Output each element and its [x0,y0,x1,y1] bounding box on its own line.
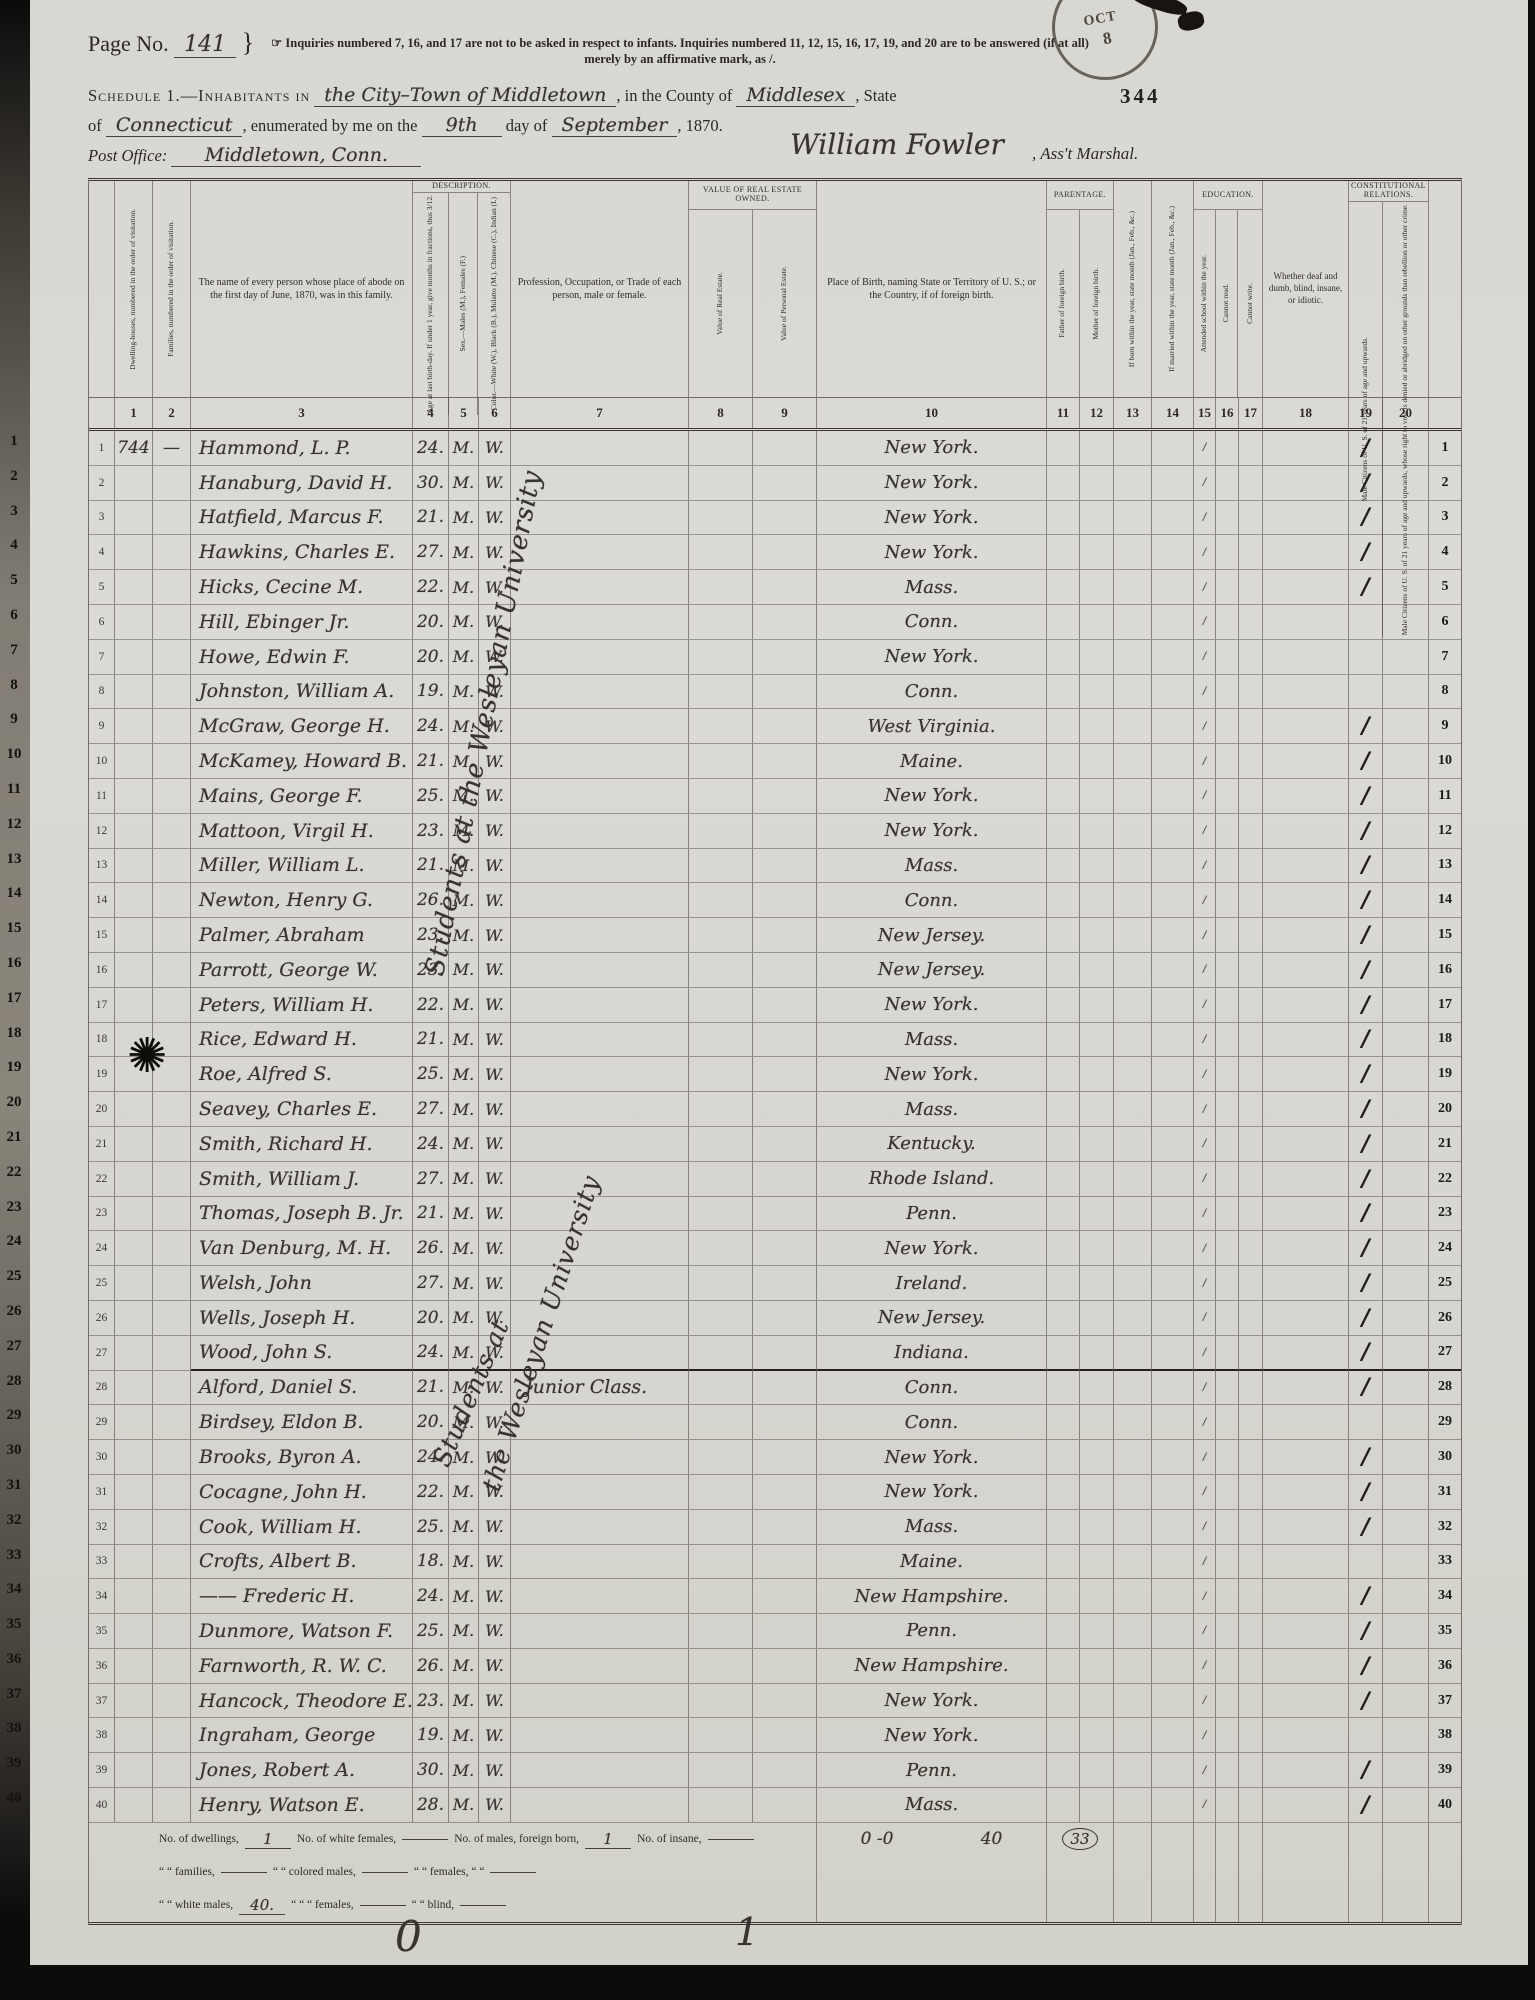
real-estate-cell [689,1405,753,1440]
dwelling-cell [115,1231,153,1266]
dwelling-cell [115,1127,153,1162]
real-estate-cell [689,849,753,884]
header-personal-estate: Value of Personal Estate. [753,210,817,397]
occupation-cell [511,1545,689,1580]
age-cell: 20. [413,1405,449,1440]
cannot-write-cell [1239,1336,1263,1371]
deaf-dumb-cell [1263,988,1349,1023]
occupation-cell [511,570,689,605]
marshal-title: , Ass't Marshal. [1032,144,1138,164]
born-month-cell [1114,1231,1152,1266]
summary-empty [1263,1856,1349,1889]
post-office-line: Post Office: Middletown, Conn. [88,144,421,167]
row-number-right: 2 [1429,466,1461,501]
deaf-dumb-cell [1263,1371,1349,1406]
deaf-dumb-cell [1263,1475,1349,1510]
sex-cell: M. [449,988,479,1023]
header-born-month-label: If born within the year, state month (Ja… [1128,209,1137,369]
deaf-dumb-cell [1263,1127,1349,1162]
married-month-cell [1152,1579,1194,1614]
header-name: The name of every person whose place of … [191,181,413,397]
real-estate-cell [689,1510,753,1545]
married-month-cell [1152,883,1194,918]
birthplace-cell: Mass. [817,570,1047,605]
census-page: Page No. 141 } ☞ Inquiries numbered 7, 1… [30,0,1528,1965]
mother-foreign-cell [1080,1475,1114,1510]
personal-estate-cell [753,1336,817,1371]
colored-males-label: “ “ colored males, [273,1866,356,1878]
dwelling-cell [115,988,153,1023]
deaf-dumb-cell [1263,744,1349,779]
page-no-label: Page No. [88,31,169,56]
margin-row-number: 9 [2,702,26,737]
blind-label: “ “ blind, [412,1899,454,1911]
birthplace-cell: Mass. [817,1092,1047,1127]
personal-estate-cell [753,570,817,605]
birthplace-cell: New York. [817,988,1047,1023]
father-foreign-cell [1047,431,1080,466]
summary-line-1: No. of dwellings, 1 No. of white females… [89,1823,1461,1856]
personal-estate-cell [753,1197,817,1232]
row-number-left: 13 [89,849,115,884]
row-number-left: 34 [89,1579,115,1614]
row-number-left: 22 [89,1162,115,1197]
colnum-14: 14 [1152,398,1194,428]
real-estate-cell [689,535,753,570]
sex-cell: M. [449,1684,479,1719]
row-number-left: 11 [89,779,115,814]
vote-denied-cell [1383,466,1429,501]
summary-text-2: “ “ families, “ “ colored males, “ “ fem… [89,1856,817,1889]
father-foreign-cell [1047,1266,1080,1301]
color-cell: W. [479,1475,511,1510]
age-cell: 21. [413,849,449,884]
summary-empty [1263,1889,1349,1922]
mother-foreign-cell [1080,1336,1114,1371]
attended-school-cell: / [1194,988,1216,1023]
cannot-write-cell [1239,988,1263,1023]
name-cell: McKamey, Howard B. [191,744,413,779]
cannot-write-cell [1239,779,1263,814]
attended-school-cell: / [1194,1405,1216,1440]
age-cell: 21. [413,1023,449,1058]
mother-foreign-cell [1080,570,1114,605]
color-cell: W. [479,988,511,1023]
colored-males-blank [362,1872,408,1873]
personal-estate-cell [753,1614,817,1649]
row-number-left: 4 [89,535,115,570]
family-cell [153,1440,191,1475]
table-row: 6 Hill, Ebinger Jr. 20. M. W. Conn. / 6 [89,605,1461,640]
born-month-cell [1114,1545,1152,1580]
real-estate-cell [689,501,753,536]
summary-empty [1239,1889,1263,1922]
color-cell: W. [479,1753,511,1788]
personal-estate-cell [753,1231,817,1266]
father-foreign-cell [1047,1510,1080,1545]
born-month-cell [1114,1127,1152,1162]
table-row: 38 Ingraham, George 19. M. W. New York. … [89,1718,1461,1753]
header-married-month-label: If married within the year, state month … [1168,204,1177,374]
mother-foreign-cell [1080,918,1114,953]
sex-cell: M. [449,1371,479,1406]
row-number-left: 15 [89,918,115,953]
vote-denied-cell [1383,1023,1429,1058]
birthplace-cell: Conn. [817,605,1047,640]
age-cell: 25. [413,1510,449,1545]
mother-foreign-cell [1080,953,1114,988]
month-value: September [562,114,668,136]
sex-cell: M. [449,1510,479,1545]
father-foreign-cell [1047,1023,1080,1058]
cannot-write-cell [1239,918,1263,953]
married-month-cell [1152,918,1194,953]
father-foreign-cell [1047,1440,1080,1475]
table-row: 1 744 — Hammond, L. P. 24. M. W. New Yor… [89,431,1461,466]
table-row: 14 Newton, Henry G. 26. M. W. Conn. / / … [89,883,1461,918]
attended-school-cell: / [1194,1718,1216,1753]
male-citizen-cell: / [1349,466,1383,501]
row-number-right: 37 [1429,1684,1461,1719]
dwelling-cell [115,535,153,570]
deaf-dumb-cell [1263,501,1349,536]
male-citizen-cell: / [1349,1753,1383,1788]
vote-denied-cell [1383,1057,1429,1092]
colnum-18: 18 [1263,398,1349,428]
name-cell: Parrott, George W. [191,953,413,988]
table-row: 2 Hanaburg, David H. 30. M. W. New York.… [89,466,1461,501]
real-estate-cell [689,1301,753,1336]
name-cell: Hill, Ebinger Jr. [191,605,413,640]
county-blank: Middlesex [736,84,855,107]
married-month-cell [1152,1266,1194,1301]
margin-row-number: 23 [2,1190,26,1225]
mother-foreign-cell [1080,883,1114,918]
married-month-cell [1152,1440,1194,1475]
deaf-dumb-cell [1263,1753,1349,1788]
cannot-read-cell [1216,1614,1239,1649]
cannot-write-cell [1239,1684,1263,1719]
dwellings-label: No. of dwellings, [159,1833,239,1845]
mother-foreign-cell [1080,1579,1114,1614]
vote-denied-cell [1383,1579,1429,1614]
row-number-left: 27 [89,1336,115,1371]
personal-estate-cell [753,1753,817,1788]
married-month-cell [1152,466,1194,501]
birthplace-cell: Conn. [817,675,1047,710]
summary-text-3: “ “ white males, 40. “ “ “ females, “ “ … [89,1889,817,1922]
header-attended-school-label: Attended school within the year. [1200,253,1209,354]
row-number-left: 25 [89,1266,115,1301]
born-month-cell [1114,779,1152,814]
margin-row-number: 1 [2,424,26,459]
attended-school-cell: / [1194,1023,1216,1058]
mother-foreign-cell [1080,1788,1114,1823]
occupation-cell [511,1475,689,1510]
age-cell: 26. [413,1649,449,1684]
row-number-left: 31 [89,1475,115,1510]
table-row: 33 Crofts, Albert B. 18. M. W. Maine. / … [89,1545,1461,1580]
row-number-right: 19 [1429,1057,1461,1092]
row-number-left: 17 [89,988,115,1023]
color-cell: W. [479,1162,511,1197]
age-cell: 23. [413,953,449,988]
personal-estate-cell [753,535,817,570]
summary-empty [1383,1823,1429,1856]
row-number-left: 5 [89,570,115,605]
married-month-cell [1152,1023,1194,1058]
born-month-cell [1114,431,1152,466]
cannot-write-cell [1239,1579,1263,1614]
color-cell: W. [479,605,511,640]
cannot-read-cell [1216,849,1239,884]
cannot-read-cell [1216,1023,1239,1058]
married-month-cell [1152,1162,1194,1197]
table-row: 16 Parrott, George W. 23. M. W. New Jers… [89,953,1461,988]
sex-cell: M. [449,814,479,849]
vote-denied-cell [1383,1197,1429,1232]
age-cell: 30. [413,466,449,501]
summary-empty [1216,1823,1239,1856]
married-month-cell [1152,779,1194,814]
sex-cell: M. [449,640,479,675]
margin-row-number: 16 [2,946,26,981]
row-number-right: 27 [1429,1336,1461,1371]
attended-school-cell: / [1194,1614,1216,1649]
row-number-right: 36 [1429,1649,1461,1684]
real-estate-cell [689,709,753,744]
row-number-left: 39 [89,1753,115,1788]
row-number-right: 31 [1429,1475,1461,1510]
vote-denied-cell [1383,1301,1429,1336]
cannot-write-cell [1239,1197,1263,1232]
real-estate-cell [689,1579,753,1614]
deaf-dumb-cell [1263,431,1349,466]
header-color-label: Color.—White (W.), Black (B.), Mulatto (… [490,195,499,412]
colnum-10: 10 [817,398,1047,428]
occupation-cell [511,1162,689,1197]
attended-school-cell: / [1194,570,1216,605]
mother-foreign-cell [1080,501,1114,536]
occupation-cell [511,640,689,675]
cannot-write-cell [1239,883,1263,918]
dwelling-cell [115,918,153,953]
male-citizen-cell: / [1349,1162,1383,1197]
row-number-right: 3 [1429,501,1461,536]
header-sex: Sex.—Males (M.), Females (F.) [449,193,479,416]
age-cell: 24. [413,1579,449,1614]
born-month-cell [1114,1475,1152,1510]
father-foreign-cell [1047,849,1080,884]
occupation-cell [511,814,689,849]
mother-foreign-cell [1080,1057,1114,1092]
row-number-right: 29 [1429,1405,1461,1440]
table-row: 3 Hatfield, Marcus F. 21. M. W. New York… [89,501,1461,536]
printed-page-number: 344 [1120,84,1161,109]
color-cell: W. [479,814,511,849]
sex-cell: M. [449,1753,479,1788]
name-cell: Birdsey, Eldon B. [191,1405,413,1440]
cannot-read-cell [1216,1231,1239,1266]
cannot-write-cell [1239,1440,1263,1475]
mother-foreign-cell [1080,431,1114,466]
cannot-read-cell [1216,675,1239,710]
birthplace-cell: New York. [817,1475,1047,1510]
married-month-cell [1152,1649,1194,1684]
colnum-13: 13 [1114,398,1152,428]
sex-cell: M. [449,501,479,536]
born-month-cell [1114,1371,1152,1406]
cannot-read-cell [1216,1336,1239,1371]
occupation-cell [511,1614,689,1649]
cannot-read-cell [1216,1475,1239,1510]
dwelling-cell [115,675,153,710]
families-label: “ “ families, [159,1866,215,1878]
male-citizen-cell: / [1349,814,1383,849]
father-foreign-cell [1047,535,1080,570]
birthplace-cell: New York. [817,1440,1047,1475]
age-cell: 24. [413,709,449,744]
color-cell: W. [479,849,511,884]
mother-foreign-cell [1080,675,1114,710]
born-month-cell [1114,709,1152,744]
sex-cell: M. [449,466,479,501]
birthplace-cell: New Hampshire. [817,1579,1047,1614]
cannot-read-cell [1216,1718,1239,1753]
mother-foreign-cell [1080,1092,1114,1127]
deaf-dumb-cell [1263,1231,1349,1266]
cannot-write-cell [1239,466,1263,501]
born-month-cell [1114,1718,1152,1753]
cannot-write-cell [1239,744,1263,779]
vote-denied-cell [1383,953,1429,988]
row-number-left: 3 [89,501,115,536]
row-number-right: 28 [1429,1371,1461,1406]
cannot-write-cell [1239,1753,1263,1788]
married-month-cell [1152,605,1194,640]
male-citizen-cell: / [1349,1475,1383,1510]
mother-foreign-cell [1080,640,1114,675]
cannot-write-cell [1239,1231,1263,1266]
occupation-cell [511,1231,689,1266]
born-month-cell [1114,1684,1152,1719]
dwelling-cell [115,1266,153,1301]
male-citizen-cell: / [1349,744,1383,779]
vote-denied-cell [1383,1405,1429,1440]
table-row: 24 Van Denburg, M. H. 26. M. W. New York… [89,1231,1461,1266]
sex-cell: M. [449,1231,479,1266]
family-cell [153,709,191,744]
real-estate-cell [689,1162,753,1197]
father-foreign-cell [1047,1405,1080,1440]
vote-denied-cell [1383,1162,1429,1197]
born-month-cell [1114,640,1152,675]
color-cell: W. [479,640,511,675]
summary-section: No. of dwellings, 1 No. of white females… [89,1823,1461,1925]
margin-row-number: 12 [2,807,26,842]
header-sex-label: Sex.—Males (M.), Females (F.) [459,254,468,353]
margin-row-number: 19 [2,1050,26,1085]
header-age-label: Age at last birth-day. If under 1 year, … [426,193,435,416]
age-cell: 21. [413,501,449,536]
colnum-16: 16 [1216,398,1239,428]
male-citizen-cell: / [1349,1440,1383,1475]
personal-estate-cell [753,779,817,814]
father-foreign-cell [1047,1092,1080,1127]
personal-estate-cell [753,1440,817,1475]
header-cannot-read: Cannot read. [1216,210,1239,397]
colnum-11: 11 [1047,398,1080,428]
summary-empty [1152,1823,1194,1856]
real-estate-cell [689,1649,753,1684]
table-row: 10 McKamey, Howard B. 21. M. W. Maine. /… [89,744,1461,779]
married-month-cell [1152,431,1194,466]
sex-cell: M. [449,1266,479,1301]
cannot-read-cell [1216,814,1239,849]
birthplace-cell: Indiana. [817,1336,1047,1371]
male-citizen-cell: / [1349,1057,1383,1092]
dwelling-cell [115,709,153,744]
header-real-estate: Value of Real Estate. [689,210,753,397]
cannot-write-cell [1239,431,1263,466]
summary-empty [1194,1889,1216,1922]
margin-row-number: 4 [2,528,26,563]
margin-row-number: 10 [2,737,26,772]
age-cell: 27. [413,1266,449,1301]
cannot-write-cell [1239,1788,1263,1823]
group-constitutional: Constitutional Relations. Male Citizens … [1349,181,1429,397]
color-cell: W. [479,1614,511,1649]
cannot-read-cell [1216,605,1239,640]
post-office-value: Middletown, Conn. [205,144,388,166]
real-estate-cell [689,744,753,779]
real-estate-cell [689,640,753,675]
vote-denied-cell [1383,1649,1429,1684]
color-cell: W. [479,675,511,710]
table-row: 27 Wood, John S. 24. M. W. Indiana. / / … [89,1336,1461,1371]
real-estate-cell [689,1057,753,1092]
marshal-signature: William Fowler [790,128,1004,161]
family-cell [153,779,191,814]
cannot-read-cell [1216,1057,1239,1092]
vote-denied-cell [1383,1266,1429,1301]
dwelling-cell [115,1684,153,1719]
age-cell: 24. [413,1440,449,1475]
married-month-cell [1152,1475,1194,1510]
family-cell [153,988,191,1023]
family-cell [153,1718,191,1753]
deaf-dumb-cell [1263,1301,1349,1336]
age-cell: 21. [413,744,449,779]
attended-school-cell: / [1194,501,1216,536]
personal-estate-cell [753,1092,817,1127]
married-month-cell [1152,709,1194,744]
sex-cell: M. [449,779,479,814]
occupation-cell [511,605,689,640]
dwelling-cell [115,883,153,918]
females-label: “ “ females, “ “ [414,1866,485,1878]
family-cell [153,1753,191,1788]
personal-estate-cell [753,1057,817,1092]
column-number-row: 1 2 3 4 5 6 7 8 9 10 11 12 13 14 15 16 1… [89,398,1461,431]
tally-mark-1: 0 -0 [861,1829,894,1849]
row-number-right: 4 [1429,535,1461,570]
married-month-cell [1152,675,1194,710]
age-cell: 25. [413,1057,449,1092]
father-foreign-cell [1047,1336,1080,1371]
birthplace-cell: Conn. [817,1405,1047,1440]
row-number-left: 1 [89,431,115,466]
